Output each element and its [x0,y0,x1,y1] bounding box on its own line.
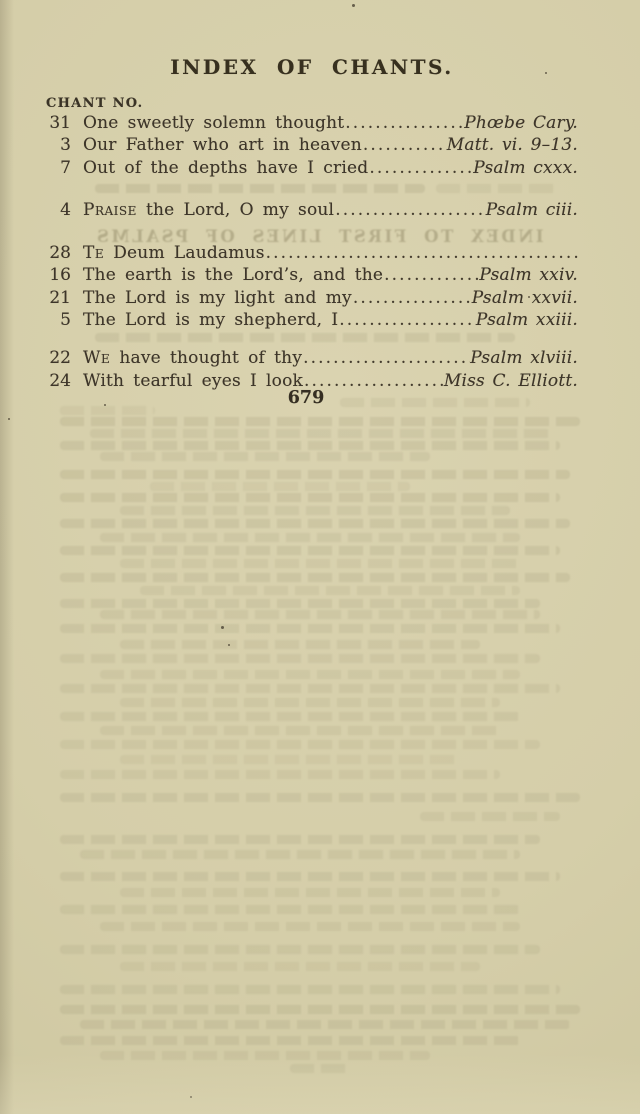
dot-leader: ........................................… [339,309,476,331]
chant-title-smallcaps-lead: Praise [83,200,137,220]
index-group: 4Praise the Lord, O my soul.............… [45,199,578,221]
index-entry: 5The Lord is my shepherd, I.............… [45,309,578,331]
chant-title: We have thought of thy [83,347,302,369]
chant-title: Out of the depths have I cried [83,157,368,179]
dot-leader: ........................................… [369,157,473,179]
ghost-text-smudge [120,506,510,515]
ghost-text-smudge [90,429,550,438]
chant-title-smallcaps-lead: Te [83,243,104,263]
index-entry: 21The Lord is my light and my...........… [45,287,578,309]
paper-speck [190,1096,192,1098]
paper-speck [228,644,230,646]
ghost-text-smudge [60,441,560,450]
dot-leader: ........................................… [266,242,578,264]
ghost-text-smudge [60,519,570,528]
chant-title-smallcaps-lead: We [83,348,110,368]
chant-reference: Matt. vi. 9–13. [447,134,578,156]
ghost-text-smudge [60,417,580,426]
chant-title: One sweetly solemn thought [83,112,344,134]
ghost-text-smudge [100,1051,430,1060]
dot-leader: ........................................… [384,264,479,286]
chant-title: Our Father who art in heaven [83,134,362,156]
chant-reference: Psalm xxiii. [476,309,578,331]
dot-leader: ........................................… [345,112,464,134]
chant-number: 5 [45,309,71,331]
paper-speck [104,404,106,406]
chant-reference: Phœbe Cary. [464,112,578,134]
chant-number: 22 [45,347,71,369]
ghost-text-smudge [420,812,560,821]
chant-title: The Lord is my shepherd, I [83,309,338,331]
ghost-text-smudge [60,654,540,663]
ghost-text-smudge [60,1036,520,1045]
ghost-text-smudge [150,482,410,491]
ghost-text-smudge [100,533,520,542]
ghost-text-smudge [290,1064,350,1073]
ghost-text-smudge [120,962,480,971]
ghost-text-smudge [140,586,520,595]
ghost-text-smudge [120,640,480,649]
ghost-text-smudge [60,1005,580,1014]
ghost-text-smudge [60,872,560,881]
chant-number: 28 [45,242,71,264]
ghost-text-smudge [120,559,520,568]
chant-title: The earth is the Lord’s, and the [83,264,383,286]
paper-speck [528,296,530,298]
ghost-text-smudge [100,922,520,931]
ghost-text-smudge [60,624,560,633]
dot-leader: ........................................… [335,199,486,221]
chant-number: 16 [45,264,71,286]
ghost-text-smudge [100,670,520,679]
ghost-text-smudge [80,850,520,859]
page-title: INDEX OF CHANTS. [0,55,640,79]
dot-leader: ........................................… [303,347,470,369]
chant-reference: Psalm xlviii. [470,347,578,369]
page-number: 679 [0,388,640,408]
chant-number: 7 [45,157,71,179]
index-group: 28Te Deum Laudamus......................… [45,242,578,332]
ghost-text-smudge [60,493,560,502]
index-entry: 3Our Father who art in heaven...........… [45,134,578,156]
chant-number: 21 [45,287,71,309]
ghost-text-smudge [60,985,560,994]
chant-reference: Psalm cxxx. [473,157,578,179]
index-group: 22We have thought of thy................… [45,347,578,392]
index-entry: 4Praise the Lord, O my soul.............… [45,199,578,221]
dot-leader: ........................................… [363,134,447,156]
paper-speck [8,418,10,420]
chant-reference: Psalm xxvii. [472,287,578,309]
ghost-text-smudge [60,793,580,802]
chant-number: 4 [45,199,71,221]
ghost-text-smudge [100,726,500,735]
chant-number: 3 [45,134,71,156]
index-entry: 16The earth is the Lord’s, and the......… [45,264,578,286]
ghost-text-smudge [60,470,570,479]
ghost-text-smudge [60,835,540,844]
paper-speck [545,72,547,74]
ghost-text-smudge [60,599,540,608]
index-entry: 22We have thought of thy................… [45,347,578,369]
chant-reference: Psalm xxiv. [479,264,578,286]
chant-number: 31 [45,112,71,134]
chant-reference: Psalm ciii. [486,199,578,221]
ghost-text-smudge [60,573,570,582]
paper-speck [352,4,355,7]
ghost-text-smudge [60,905,520,914]
chant-title: Praise the Lord, O my soul [83,199,334,221]
ghost-text-smudge [120,698,500,707]
ghost-text-smudge [60,684,560,693]
ghost-text-smudge [60,770,500,779]
ghost-text-smudge [60,945,540,954]
ghost-text-smudge [60,546,560,555]
column-header: CHANT NO. [46,96,143,111]
ghost-text-smudge [120,888,500,897]
chant-title: Te Deum Laudamus [83,242,265,264]
index-entry: 28Te Deum Laudamus......................… [45,242,578,264]
ghost-text-smudge [60,740,540,749]
ghost-text-smudge [120,755,460,764]
chant-title: The Lord is my light and my [83,287,352,309]
paper-speck [221,626,224,629]
index-entry: 7Out of the depths have I cried.........… [45,157,578,179]
ghost-text-smudge [100,610,540,619]
chant-index-list: 31One sweetly solemn thought............… [45,112,578,392]
book-page: INDEX TO FIRST LINES OF PSALMS INDEX OF … [0,0,640,1114]
index-entry: 31One sweetly solemn thought............… [45,112,578,134]
index-group: 31One sweetly solemn thought............… [45,112,578,179]
ghost-text-smudge [100,452,430,461]
dot-leader: ........................................… [353,287,472,309]
ghost-text-smudge [80,1020,570,1029]
ghost-text-smudge [60,712,520,721]
